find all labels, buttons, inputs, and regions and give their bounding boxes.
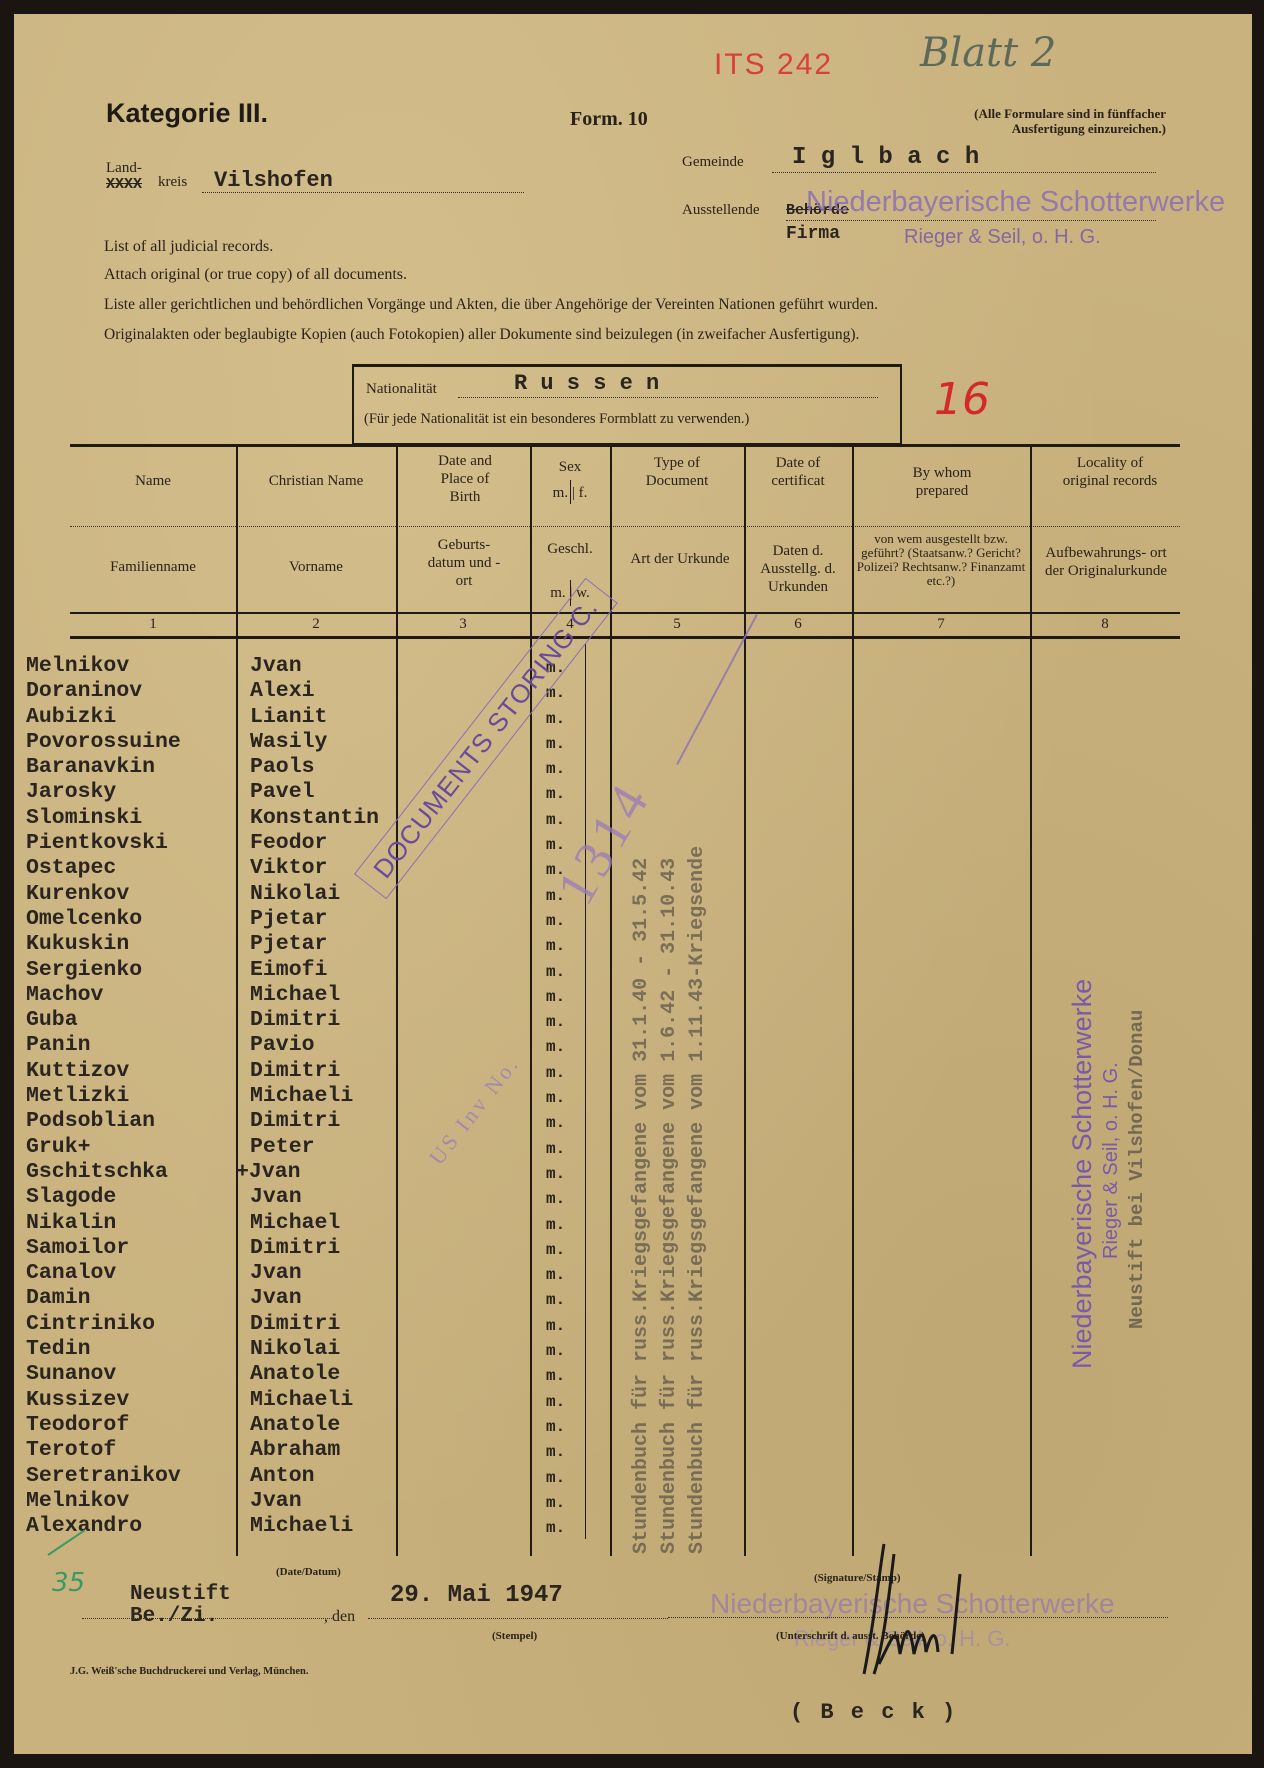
table-row-firstname: Michaeli	[250, 1084, 379, 1109]
table-row-firstname: Michael	[250, 983, 379, 1008]
surname-column: Melnikov Doraninov Aubizki Povorossuine …	[26, 654, 181, 1539]
landkreis-label-top: Land-	[106, 160, 142, 177]
table-row-sex: m.	[546, 757, 565, 782]
col-header-art: Art der Urkunde	[630, 550, 730, 568]
handwritten-total: 35	[36, 1554, 96, 1614]
place-line1: Neustift	[130, 1584, 231, 1606]
table-row-sex: m.	[546, 960, 565, 985]
table-row-surname: Pientkovski	[26, 831, 181, 856]
table-row-firstname: Dimitri	[250, 1236, 379, 1261]
locality-stamp-line1: Niederbayerische Schotterwerke	[1066, 979, 1098, 1369]
col-header-cert-date: Date of certificat	[760, 454, 836, 490]
locality-stamp: Niederbayerische Schotterwerke Rieger & …	[1066, 979, 1150, 1369]
table-row-sex: m.	[546, 1213, 565, 1238]
table-row-firstname: Michaeli	[250, 1514, 379, 1539]
table-row-surname: Jarosky	[26, 780, 181, 805]
table-row-firstname: Nikolai	[250, 882, 379, 907]
col-divider	[236, 446, 238, 1556]
table-row-surname: Slagode	[26, 1185, 181, 1210]
col-header-geburt: Geburts- datum und -ort	[426, 536, 502, 590]
document-type-text: Stundenbuch für russ.Kriegsgefangene vom…	[628, 846, 712, 1554]
instruction-en-2: Attach original (or true copy) of all do…	[104, 266, 407, 284]
table-row-sex: m.	[546, 1162, 565, 1187]
table-row-firstname: Dimitri	[250, 1312, 379, 1337]
table-row-surname: Aubizki	[26, 705, 181, 730]
ausstellende-label: Ausstellende	[682, 202, 759, 219]
submission-note: (Alle Formulare sind in fünffacher Ausfe…	[866, 106, 1166, 136]
landkreis-label-suffix: kreis	[158, 174, 187, 191]
table-row-firstname: Paols	[250, 755, 379, 780]
gemeinde-field: Gemeinde I g l b a c h	[682, 144, 1162, 178]
table-row-surname: Kuttizov	[26, 1059, 181, 1084]
table-row-firstname: Lianit	[250, 705, 379, 730]
nationality-note: (Für jede Nationalität ist ein besondere…	[364, 411, 749, 428]
table-row-surname: Canalov	[26, 1261, 181, 1286]
document-type-line-2: Stundenbuch für russ.Kriegsgefangene vom…	[656, 846, 684, 1554]
document-page: Kategorie III. Form. 10 ITS 242 Blatt 2 …	[14, 14, 1252, 1754]
table-row-surname: Sergienko	[26, 958, 181, 983]
col-header-prepared-by: By whom prepared	[892, 464, 992, 500]
document-type-line-3: Stundenbuch für russ.Kriegsgefangene vom…	[684, 846, 712, 1554]
table-row-surname: Melnikov	[26, 1489, 181, 1514]
table-row-surname: Ostapec	[26, 856, 181, 881]
den-label: , den	[324, 1608, 355, 1626]
table-row-surname: Samoilor	[26, 1236, 181, 1261]
table-row-surname: Kukuskin	[26, 932, 181, 957]
table-row-firstname: Eimofi	[250, 958, 379, 983]
table-row-sex: m.	[546, 909, 565, 934]
col-number: 1	[70, 616, 236, 633]
nationality-box: Nationalität R u s s e n (Für jede Natio…	[352, 364, 902, 446]
category-title: Kategorie III.	[106, 98, 268, 129]
table-row-surname: Machov	[26, 983, 181, 1008]
table-row-sex: m.	[546, 985, 565, 1010]
locality-typed: Neustift bei Vilshofen/Donau	[1124, 979, 1150, 1369]
signer-name: ( B e c k )	[790, 1700, 957, 1725]
table-row-sex: m.	[546, 1061, 565, 1086]
table-row-sex: m.	[546, 1466, 565, 1491]
table-row-firstname: Peter	[250, 1135, 379, 1160]
submission-note-line2: Ausfertigung einzureichen.)	[866, 121, 1166, 136]
col-number: 5	[610, 616, 744, 633]
stempel-label: (Stempel)	[492, 1630, 537, 1642]
table-row-firstname: Jvan	[250, 1286, 379, 1311]
table-row-surname: Alexandro	[26, 1514, 181, 1539]
table-row-sex: m.	[546, 1137, 565, 1162]
firma-stamp-line2: Rieger & Seil, o. H. G.	[904, 226, 1101, 249]
firma-label: Firma	[786, 224, 840, 244]
table-row-sex: m.	[546, 1187, 565, 1212]
table-row-firstname: Jvan	[250, 654, 379, 679]
table-row-surname: Povorossuine	[26, 730, 181, 755]
handwritten-total-value: 35	[52, 1568, 85, 1598]
table-row-firstname: Jvan	[250, 1489, 379, 1514]
table-row-sex: m.	[546, 1364, 565, 1389]
table-row-surname: Doraninov	[26, 679, 181, 704]
table-row-surname: Metlizki	[26, 1084, 181, 1109]
table-row-sex: m.	[546, 707, 565, 732]
col-header-familienname: Familienname	[70, 558, 236, 576]
col-number: 6	[744, 616, 852, 633]
archive-stamp: ITS 242	[714, 48, 833, 82]
table-row-firstname: Pavio	[250, 1033, 379, 1058]
table-row-surname: Cintriniko	[26, 1312, 181, 1337]
sex-column: m. m. m. m. m. m. m. m. m. m. m. m. m. m…	[546, 656, 565, 1541]
table-row-firstname: Abraham	[250, 1438, 379, 1463]
col-header-birth: Date and Place of Birth	[430, 452, 500, 506]
col-header-sex-sub: m. | f.	[530, 484, 610, 502]
table-row-sex: m.	[546, 1111, 565, 1136]
table-row-firstname: Michael	[250, 1211, 379, 1236]
table-row-surname: Teodorof	[26, 1413, 181, 1438]
col-header-name: Name	[70, 472, 236, 490]
table-row-sex: m.	[546, 1390, 565, 1415]
table-row-sex: m.	[546, 1086, 565, 1111]
date-label: (Date/Datum)	[276, 1566, 341, 1578]
table-row-firstname: Anatole	[250, 1413, 379, 1438]
col-divider	[744, 446, 746, 1556]
instruction-de-1: Liste aller gerichtlichen und behördlich…	[104, 296, 878, 314]
landkreis-label-struck: XXXX	[106, 176, 142, 193]
table-row-surname: Podsoblian	[26, 1109, 181, 1134]
records-table: Name Christian Name Date and Place of Bi…	[70, 444, 1180, 1564]
col-number: 8	[1030, 616, 1180, 633]
table-row-surname: Nikalin	[26, 1211, 181, 1236]
submission-note-line1: (Alle Formulare sind in fünffacher	[866, 106, 1166, 121]
col-header-daten: Daten d. Ausstellg. d. Urkunden	[746, 542, 850, 596]
col-header-sex: Sex	[530, 458, 610, 476]
form-number: Form. 10	[570, 108, 648, 131]
locality-stamp-line2: Rieger & Seil, o. H. G.	[1098, 979, 1124, 1369]
table-row-firstname: Konstantin	[250, 806, 379, 831]
nationality-value: R u s s e n	[514, 371, 659, 396]
handwritten-sheet-number: Blatt 2	[920, 30, 1056, 76]
table-row-firstname: Anton	[250, 1464, 379, 1489]
firstname-column: Jvan Alexi Lianit Wasily Paols Pavel Kon…	[250, 654, 379, 1539]
table-row-sex: m.	[546, 934, 565, 959]
table-row-firstname: +Jvan	[236, 1160, 379, 1185]
table-row-firstname: Dimitri	[250, 1008, 379, 1033]
table-row-firstname: Jvan	[250, 1261, 379, 1286]
table-row-firstname: Pjetar	[250, 932, 379, 957]
table-row-firstname: Nikolai	[250, 1337, 379, 1362]
date-value: 29. Mai 1947	[390, 1582, 563, 1609]
issuer-field: Ausstellende Behörde Firma Niederbayeris…	[682, 182, 1252, 252]
table-row-surname: Damin	[26, 1286, 181, 1311]
col-divider	[396, 446, 398, 1556]
table-row-sex: m.	[546, 1415, 565, 1440]
table-row-surname: Panin	[26, 1033, 181, 1058]
table-row-sex: m.	[546, 1339, 565, 1364]
table-row-surname: Omelcenko	[26, 907, 181, 932]
col-number: 2	[236, 616, 396, 633]
sex-subdivider	[585, 644, 586, 1539]
table-row-sex: m.	[546, 808, 565, 833]
table-row-sex: m.	[546, 1314, 565, 1339]
table-row-sex: m.	[546, 1288, 565, 1313]
firma-stamp-line1: Niederbayerische Schotterwerke	[806, 186, 1225, 219]
document-type-line-1: Stundenbuch für russ.Kriegsgefangene vom…	[628, 846, 656, 1554]
table-row-surname: Gruk+	[26, 1135, 181, 1160]
col-divider	[1030, 446, 1032, 1556]
table-row-firstname: Pjetar	[250, 907, 379, 932]
printer-imprint: J.G. Weiß'sche Buchdruckerei und Verlag,…	[70, 1666, 309, 1677]
col-header-vorname: Vorname	[236, 558, 396, 576]
instruction-en-1: List of all judicial records.	[104, 238, 273, 256]
table-row-surname: Slominski	[26, 806, 181, 831]
table-row-surname: Kurenkov	[26, 882, 181, 907]
col-header-geschl: Geschl.	[530, 540, 610, 558]
col-divider	[852, 446, 854, 1556]
table-row-sex: m.	[546, 782, 565, 807]
table-row-firstname: Jvan	[250, 1185, 379, 1210]
col-number: 3	[396, 616, 530, 633]
instruction-de-2: Originalakten oder beglaubigte Kopien (a…	[104, 326, 859, 344]
handwritten-signature-icon	[834, 1534, 994, 1684]
table-row-sex: m.	[546, 1263, 565, 1288]
table-row-sex: m.	[546, 732, 565, 757]
col-header-von-wem: von wem ausgestellt bzw. geführt? (Staat…	[854, 532, 1028, 588]
table-row-firstname: Dimitri	[250, 1109, 379, 1134]
table-row-surname: Gschitschka	[26, 1160, 181, 1185]
table-row-firstname: Dimitri	[250, 1059, 379, 1084]
table-row-surname: Kussizev	[26, 1388, 181, 1413]
handwritten-count: 16	[934, 374, 990, 425]
col-header-locality: Locality of original records	[1060, 454, 1160, 490]
table-row-sex: m.	[546, 1516, 565, 1541]
table-row-sex: m.	[546, 1238, 565, 1263]
table-row-sex: m.	[546, 1491, 565, 1516]
table-row-sex: m.	[546, 1440, 565, 1465]
table-row-surname: Melnikov	[26, 654, 181, 679]
nationality-label: Nationalität	[366, 381, 437, 398]
table-row-firstname: Wasily	[250, 730, 379, 755]
place-line	[82, 1606, 332, 1619]
col-header-doc-type: Type of Document	[642, 454, 712, 490]
table-row-firstname: Alexi	[250, 679, 379, 704]
table-row-firstname: Pavel	[250, 780, 379, 805]
table-row-surname: Terotof	[26, 1438, 181, 1463]
table-row-surname: Sunanov	[26, 1362, 181, 1387]
col-divider	[530, 446, 532, 1556]
table-row-surname: Guba	[26, 1008, 181, 1033]
table-row-firstname: Michaeli	[250, 1388, 379, 1413]
table-row-sex: m.	[546, 1035, 565, 1060]
table-row-surname: Baranavkin	[26, 755, 181, 780]
col-header-christian-name: Christian Name	[236, 472, 396, 490]
landkreis-field: Land- XXXX kreis Vilshofen	[106, 160, 526, 200]
table-row-firstname: Feodor	[250, 831, 379, 856]
table-row-sex: m.	[546, 1010, 565, 1035]
col-header-aufbewahrung: Aufbewahrungs- ort der Originalurkunde	[1036, 544, 1176, 580]
landkreis-value: Vilshofen	[214, 168, 333, 193]
table-row-surname: Seretranikov	[26, 1464, 181, 1489]
gemeinde-label: Gemeinde	[682, 154, 744, 171]
gemeinde-value: I g l b a c h	[792, 144, 979, 171]
table-row-surname: Tedin	[26, 1337, 181, 1362]
table-row-firstname: Anatole	[250, 1362, 379, 1387]
col-number: 7	[852, 616, 1030, 633]
